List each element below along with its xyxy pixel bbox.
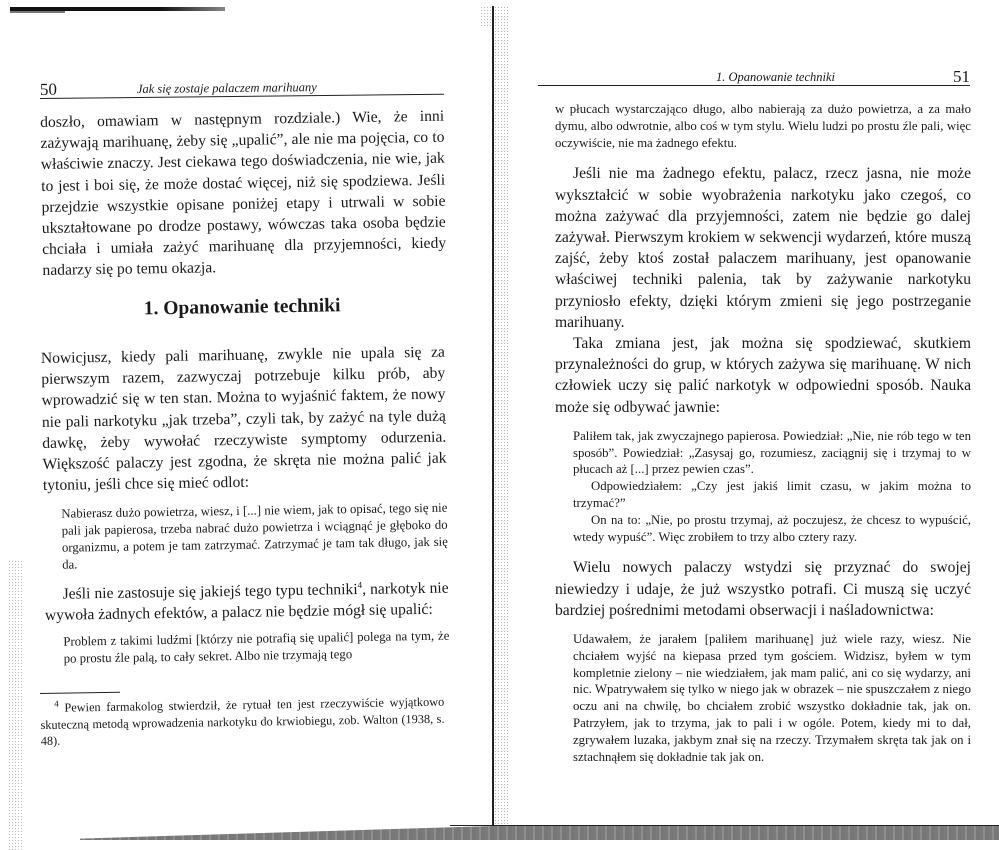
footnote: 4 Pewien farmakolog stwierdził, że rytua…	[40, 694, 445, 750]
paragraph: Jeśli nie zastosuje się jakiejś tego typ…	[44, 577, 449, 626]
page-number: 50	[40, 81, 57, 98]
running-head-right: 1. Opanowanie techniki 51	[538, 63, 970, 86]
footnotes: 4 Pewien farmakolog stwierdził, że rytua…	[40, 687, 445, 750]
quote-line: On na to: „Nie, po prostu trzymaj, aż po…	[573, 512, 971, 546]
quote-line: Odpowiedziałem: „Czy jest jakiś limit cz…	[573, 478, 971, 512]
scan-artifact-left-edge	[8, 560, 22, 850]
block-quote: Nabierasz dużo powietrza, wiesz, i [...]…	[43, 500, 448, 574]
scan-artifact-spine-top	[480, 6, 492, 26]
quote-line: Paliłem tak, jak zwyczajnego papierosa. …	[573, 429, 971, 477]
paragraph: Taka zmiana jest, jak można się spodziew…	[555, 333, 971, 418]
spine-shadow	[494, 6, 508, 828]
left-body-top: doszło, omawiam w następnym rozdziale.) …	[40, 106, 447, 282]
block-quote-continued: w płucach wystarczająco długo, albo nabi…	[555, 101, 971, 151]
paragraph: doszło, omawiam w następnym rozdziale.) …	[40, 106, 447, 282]
paragraph: Jeśli nie ma żadnego efektu, palacz, rze…	[555, 163, 971, 333]
paragraph: Wielu nowych palaczy wstydzi się przyzna…	[555, 557, 971, 621]
right-body: w płucach wystarczająco długo, albo nabi…	[555, 101, 971, 765]
left-body-main: 1. Opanowanie techniki Nowicjusz, kiedy …	[40, 294, 450, 668]
scan-artifact-bottom-band	[80, 826, 999, 840]
scan-artifact-bottom-line	[450, 825, 999, 826]
paragraph: Nowicjusz, kiedy pali marihuanę, zwykle …	[41, 342, 447, 497]
running-head-title: Jak się zostaje palaczem marihuany	[57, 79, 444, 98]
running-head-left: 50 Jak się zostaje palaczem marihuany	[40, 70, 444, 99]
footnote-rule	[40, 692, 120, 694]
block-quote: Problem z takimi ludźmi [którzy nie potr…	[45, 628, 449, 668]
page-number: 51	[953, 68, 970, 85]
running-head-title: 1. Opanowanie techniki	[538, 70, 953, 85]
block-quote: Udawałem, że jarałem [paliłem marihuanę]…	[555, 631, 971, 765]
block-quote-dialogue: Paliłem tak, jak zwyczajnego papierosa. …	[555, 428, 971, 546]
scan-artifact-top-bar-thin	[10, 11, 65, 13]
